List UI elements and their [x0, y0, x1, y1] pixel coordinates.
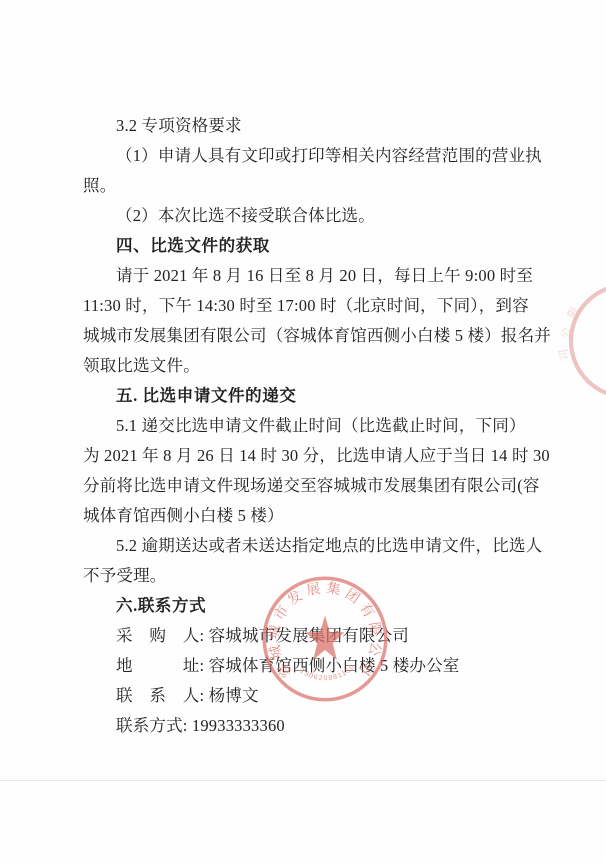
document-page: 3.2 专项资格要求（1）申请人具有文印或打印等相关内容经营范围的营业执照。（2…: [0, 0, 606, 863]
edge-stamp-char: 限: [565, 305, 582, 321]
seal-icon: 容城城市发展集团有限公司 1306209811563: [256, 570, 394, 708]
edge-stamp-char: 公: [560, 327, 573, 339]
text-line: 五. 比选申请文件的递交: [83, 381, 538, 411]
text-line: 5.2 逾期送达或者未送达指定地点的比选申请文件，比选人: [83, 531, 538, 561]
text-line: 5.1 递交比选申请文件截止时间（比选截止时间，下同）: [83, 411, 538, 441]
edge-seal-arc-icon: 限 公 司: [540, 275, 606, 435]
company-seal-stamp: 容城城市发展集团有限公司 1306209811563: [256, 570, 394, 708]
edge-stamp-char: 司: [557, 348, 572, 362]
text-line: 11:30 时，下午 14:30 时至 17:00 时（北京时间，下同），到容: [83, 291, 538, 321]
text-line: 领取比选文件。: [83, 351, 538, 381]
text-line: 城城市发展集团有限公司（容城体育馆西侧小白楼 5 楼）报名并: [83, 321, 538, 351]
text-line: 分前将比选申请文件现场递交至容城城市发展集团有限公司(容: [83, 471, 538, 501]
edge-stamp-fragment: 限 公 司: [540, 275, 606, 435]
text-line: （2）本次比选不接受联合体比选。: [83, 201, 538, 231]
scan-artifact-line: [0, 780, 606, 781]
text-line: 联系方式: 19933333360: [83, 711, 538, 741]
text-line: （1）申请人具有文印或打印等相关内容经营范围的营业执: [83, 141, 538, 171]
text-line: 为 2021 年 8 月 26 日 14 时 30 分，比选申请人应于当日 14…: [83, 441, 538, 471]
seal-star-icon: [306, 615, 345, 660]
text-line: 照。: [83, 171, 538, 201]
text-line: 3.2 专项资格要求: [83, 111, 538, 141]
text-line: 四、比选文件的获取: [83, 231, 538, 261]
text-line: 请于 2021 年 8 月 16 日至 8 月 20 日，每日上午 9:00 时…: [83, 261, 538, 291]
text-line: 城体育馆西侧小白楼 5 楼）: [83, 501, 538, 531]
